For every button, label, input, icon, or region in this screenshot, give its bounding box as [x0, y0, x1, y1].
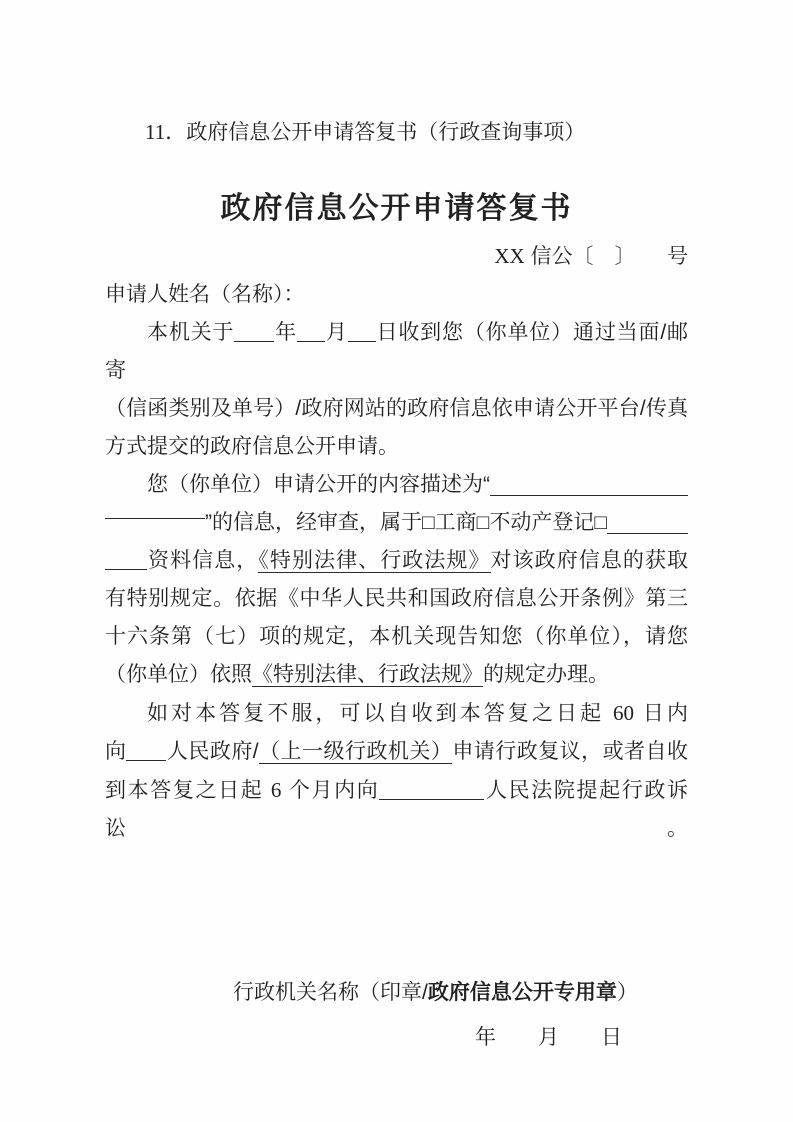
paragraph1-line-1: 本机关于年月日收到您（你单位）通过当面/邮寄 — [105, 314, 688, 390]
date-line: 年 月 日 — [475, 1019, 688, 1057]
blank-field — [297, 327, 325, 342]
paragraph2-line-1: 您（你单位）申请公开的内容描述为“ — [105, 466, 688, 504]
document-page: 11．政府信息公开申请答复书（行政查询事项） 政府信息公开申请答复书 XX 信公… — [0, 0, 793, 1122]
blank-field — [126, 746, 166, 761]
paragraph2-line-4: 有特别规定。依据《中华人民共和国政府信息公开条例》第三 — [105, 580, 688, 618]
doc-number-line: XX 信公〔 〕 号 — [105, 237, 688, 276]
text-segment: 向 — [105, 740, 126, 763]
underlined-text: 《特别法律、行政法规》 — [258, 549, 490, 573]
text-segment: ．政府信息公开申请答复书（行政查询事项） — [165, 121, 585, 144]
serif-numeral: 6 — [271, 778, 282, 802]
serif-numeral: 60 — [613, 701, 634, 725]
text-segment: ） — [617, 981, 638, 1004]
text-segment: 本机关于 — [147, 321, 234, 344]
paragraph2-line-6: （你单位）依照《特别法律、行政法规》的规定办理。 — [105, 656, 688, 694]
bold-text: 政府信息公开专用章 — [428, 981, 617, 1004]
text-segment: 人民政府/ — [166, 740, 258, 763]
paragraph1-line-3: 方式提交的政府信息公开申请。 — [105, 428, 688, 466]
blank-field — [490, 466, 688, 496]
blank-field — [105, 555, 147, 570]
text-segment: 方式提交的政府信息公开申请。 — [105, 435, 399, 458]
document-title: 政府信息公开申请答复书 — [105, 187, 688, 231]
blank-field — [105, 504, 205, 519]
text-segment: 资料信息， — [147, 549, 258, 572]
paragraph3-line-3: 到本答复之日起 6 个月内向人民法院提起行政诉讼。 — [105, 771, 688, 848]
blank-field — [348, 327, 376, 342]
text-segment: 到本答复之日起 — [105, 779, 271, 802]
list-item-heading: 11．政府信息公开申请答复书（行政查询事项） — [105, 113, 688, 152]
text-segment: 信公〔 〕 号 — [525, 245, 688, 268]
document-body: 11．政府信息公开申请答复书（行政查询事项） 政府信息公开申请答复书 XX 信公… — [0, 0, 793, 1122]
paragraph2-line-5: 十六条第（七）项的规定，本机关现告知您（你单位），请您 — [105, 618, 688, 656]
text-segment: 申请行政复议，或者自收 — [452, 740, 688, 763]
serif-numeral: 11 — [145, 120, 165, 144]
text-segment: 十六条第（七）项的规定，本机关现告知您（你单位），请您 — [105, 625, 688, 648]
text-segment: 如对本答复不服，可以自收到本答复之日起 — [147, 702, 613, 725]
applicant-name-label: 申请人姓名（名称）： — [105, 276, 688, 314]
text-segment: （你单位）依照 — [105, 663, 252, 686]
paragraph3-line-2: 向人民政府/（上一级行政机关）申请行政复议，或者自收 — [105, 733, 688, 771]
blank-field — [379, 785, 484, 800]
paragraph1-line-2: （信函类别及单号）/政府网站的政府信息依申请公开平台/传真 — [105, 390, 688, 428]
text-segment: 行政机关名称（印章/ — [233, 981, 428, 1004]
text-segment: 有特别规定。依据《中华人民共和国政府信息公开条例》第三 — [105, 587, 688, 610]
paragraph2-line-3: 资料信息，《特别法律、行政法规》对该政府信息的获取 — [105, 542, 688, 580]
text-segment: （信函类别及单号）/政府网站的政府信息依申请公开平台/传真 — [105, 397, 688, 420]
text-segment: 您（你单位）申请公开的内容描述为“ — [105, 466, 490, 504]
text-segment: ”的信息，经审查，属于□工商□不动产登记□ — [205, 504, 607, 542]
text-segment: 的规定办理。 — [483, 663, 609, 686]
underlined-text: 《特别法律、行政法规》 — [252, 663, 483, 687]
underlined-text: （上一级行政机关） — [259, 740, 453, 764]
text-segment: 个月内向 — [281, 779, 379, 802]
blank-field — [234, 327, 274, 342]
serif-numeral: XX — [494, 244, 524, 268]
text-segment: 年 — [274, 321, 297, 344]
text-segment: 日内 — [634, 702, 688, 725]
paragraph2-line-2: ”的信息，经审查，属于□工商□不动产登记□ — [105, 504, 688, 542]
blank-field — [607, 504, 688, 534]
paragraph3-line-1: 如对本答复不服，可以自收到本答复之日起 60 日内 — [105, 694, 688, 733]
agency-signature-line: 行政机关名称（印章/政府信息公开专用章） — [233, 974, 688, 1012]
text-segment: 月 — [325, 321, 348, 344]
text-segment: 对该政府信息的获取 — [491, 549, 688, 572]
